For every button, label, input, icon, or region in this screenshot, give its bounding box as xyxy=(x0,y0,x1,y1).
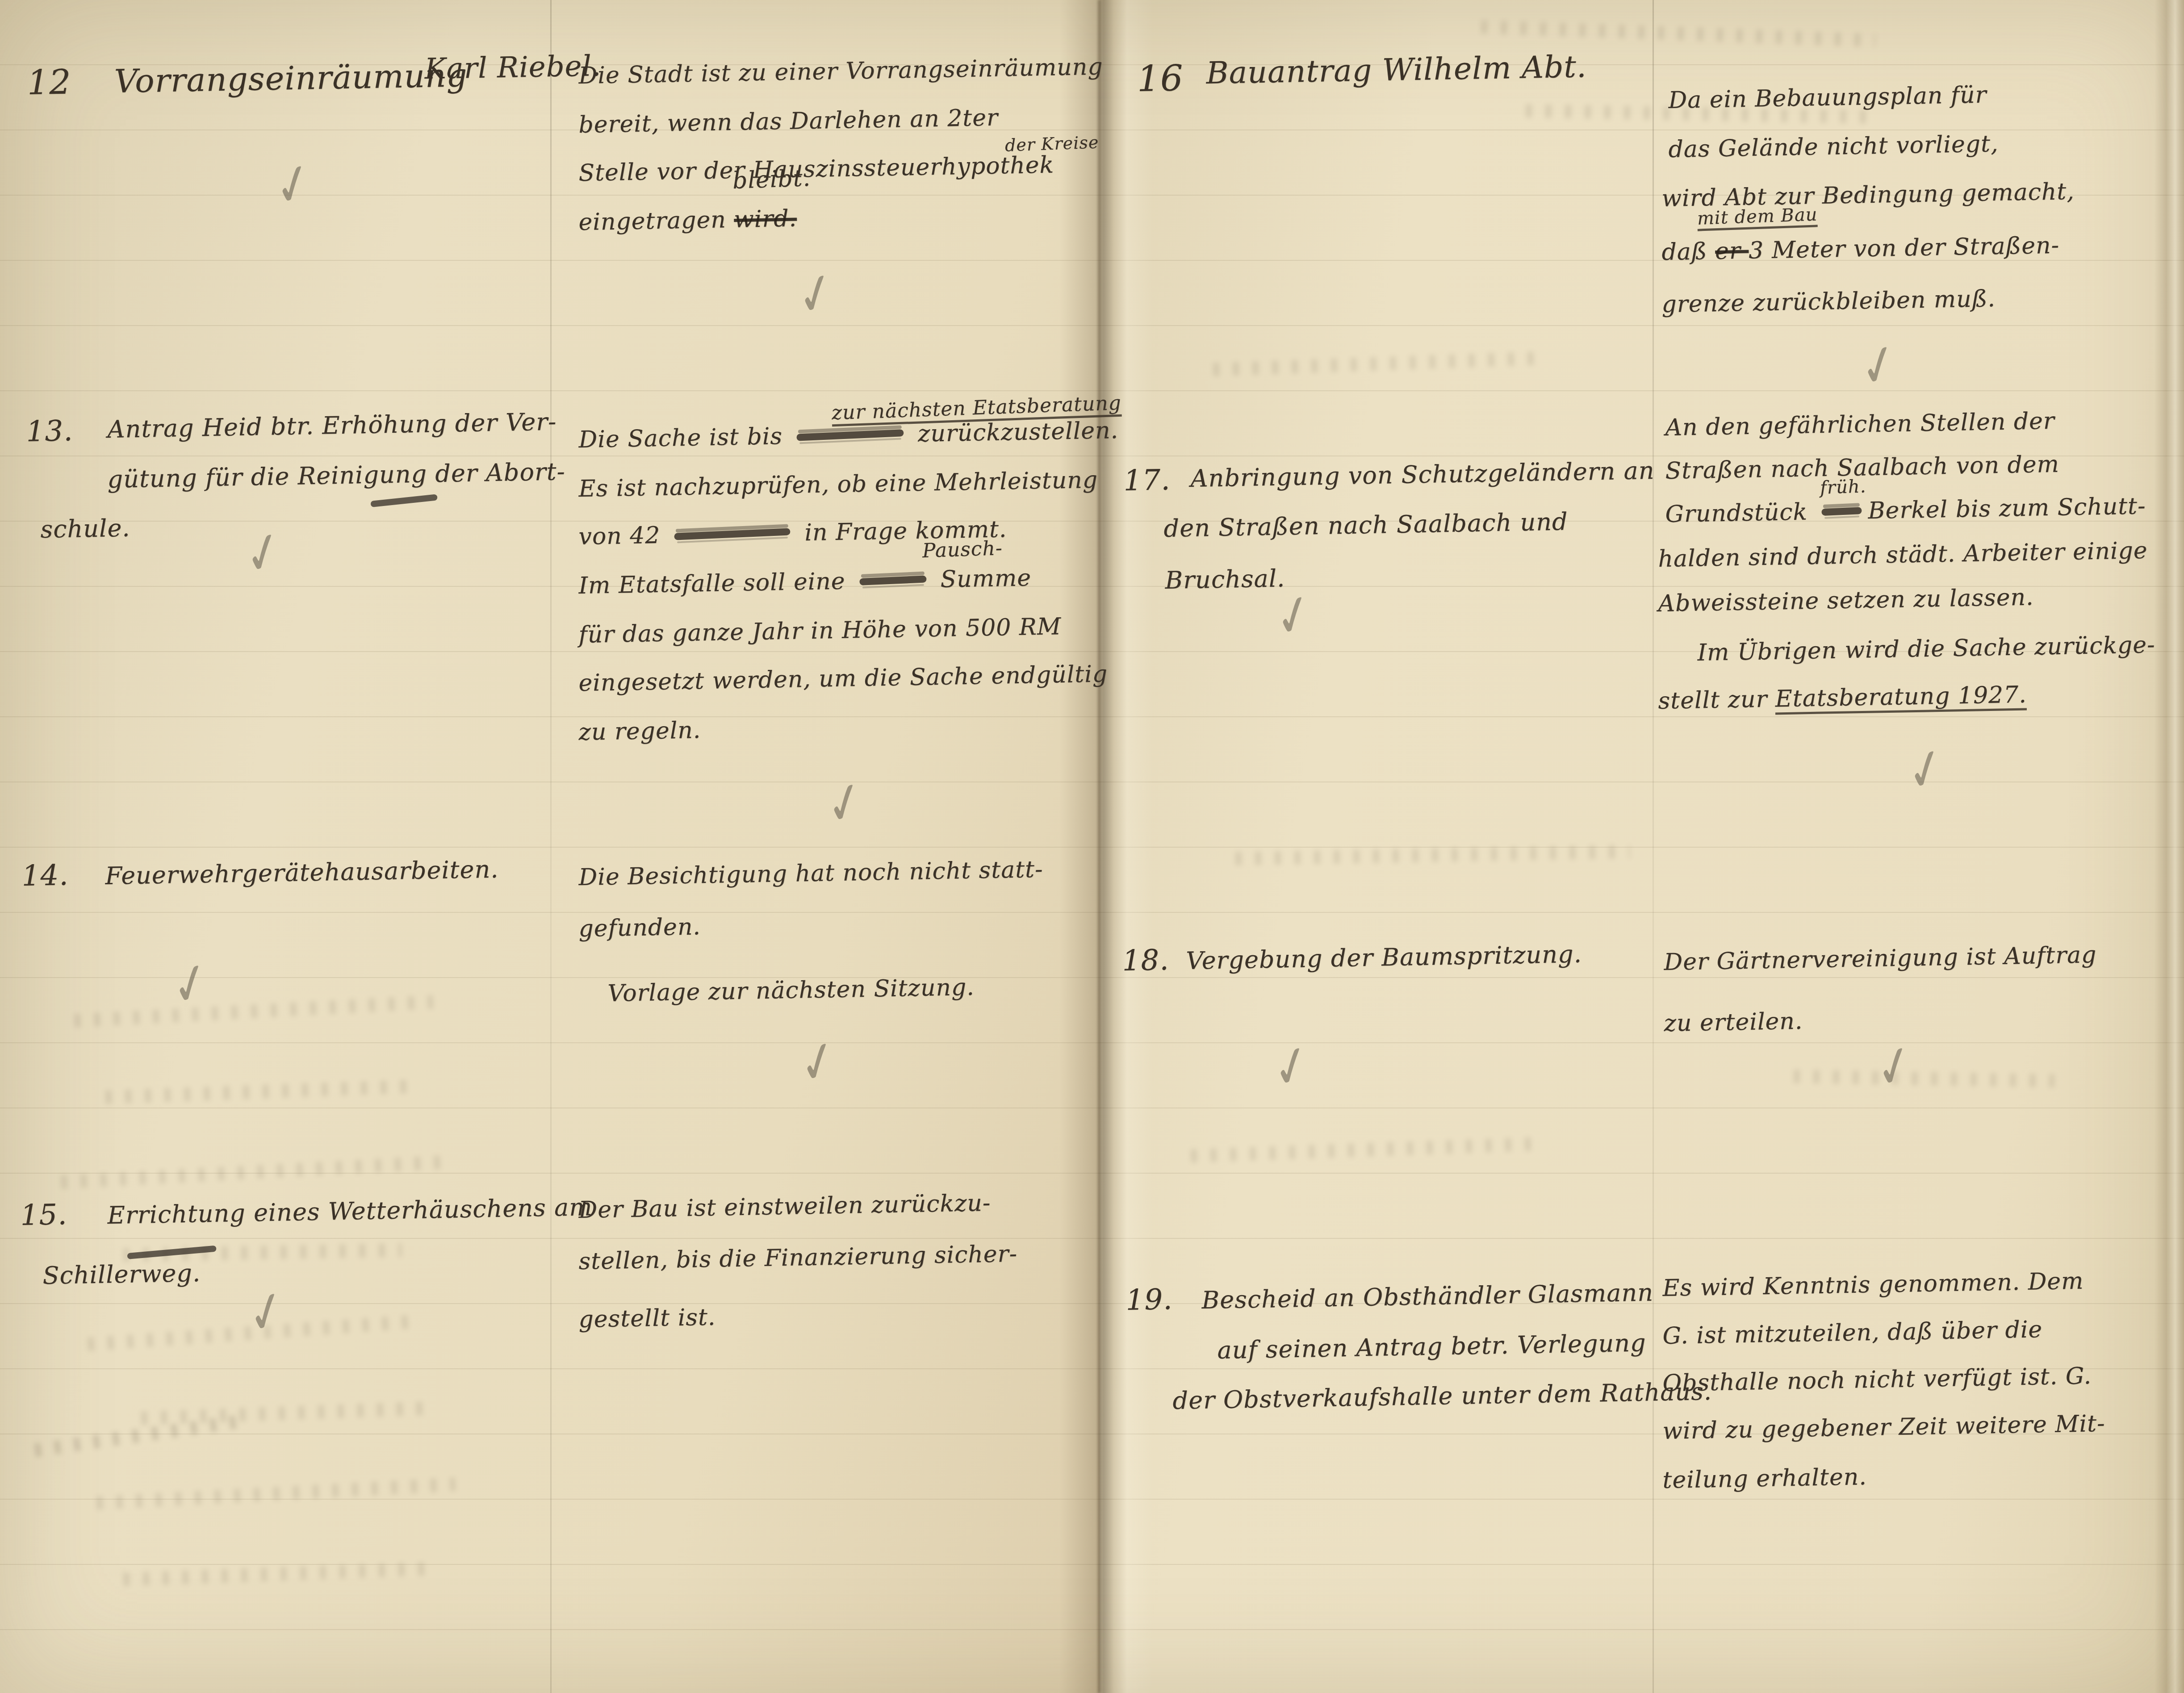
entry-13-resolution-text: Summe xyxy=(933,564,1032,593)
entry-16-struck-word: er xyxy=(1715,238,1749,265)
ruled-lines-left xyxy=(0,0,1100,1693)
entry-13-resolution-text: Die Sache ist bis xyxy=(578,423,791,453)
entry-14-number: 14. xyxy=(21,859,69,893)
entry-15-number: 15. xyxy=(20,1198,67,1232)
entry-15-subject-line: Schillerweg. xyxy=(42,1259,201,1290)
entry-12-subject: Vorrangseinräumung xyxy=(114,56,468,100)
left-page xyxy=(0,0,1100,1693)
scanned-minutes-spread: { "marks": { "check": "✓" }, "ink": { "c… xyxy=(0,0,2184,1693)
entry-17-resolution-text: Grundstück xyxy=(1665,498,1816,528)
struck-illegible-word xyxy=(859,575,927,585)
gutter-fold xyxy=(1059,0,1153,1693)
entry-17-number: 17. xyxy=(1123,464,1171,497)
struck-illegible-word xyxy=(674,528,791,540)
struck-illegible-word xyxy=(796,429,904,441)
entry-12-struck-word: wird. xyxy=(734,205,797,233)
entry-19-resolution-line: teilung erhalten. xyxy=(1662,1463,1867,1494)
entry-16-subject: Bauantrag Wilhelm Abt. xyxy=(1206,49,1587,91)
entry-12-insertion-bleibt: bleibt. xyxy=(732,165,811,194)
entry-12-resolution-line: eingetragen wird. xyxy=(578,205,797,236)
entry-15-resolution-line: gestellt ist. xyxy=(578,1304,716,1333)
entry-12-resolution-text: eingetragen xyxy=(578,206,734,236)
entry-17-underlined-etatsberatung: Etatsberatung 1927. xyxy=(1775,681,2027,715)
entry-19-number: 19. xyxy=(1125,1283,1173,1317)
column-divider-left-page xyxy=(550,0,552,1693)
entry-16-resolution-line: Da ein Bebauungsplan für xyxy=(1668,82,1987,114)
entry-17-insertion-frueh: früh. xyxy=(1820,476,1866,498)
entry-14-resolution-line: gefunden. xyxy=(578,913,701,942)
entry-12-petitioner-name: Karl Riebel. xyxy=(424,50,602,86)
entry-18-resolution-line: zu erteilen. xyxy=(1664,1008,1803,1037)
entry-13-resolution-text: von 42 xyxy=(578,522,668,550)
entry-12-number: 12 xyxy=(27,62,71,102)
entry-13-subject-line: schule. xyxy=(40,514,130,543)
entry-17-resolution-text: stellt zur xyxy=(1658,686,1775,715)
entry-18-number: 18. xyxy=(1122,944,1169,978)
entry-17-subject-line: Bruchsal. xyxy=(1165,564,1285,594)
page-edge-right xyxy=(2155,0,2184,1693)
entry-13-resolution-text: Im Etatsfalle soll eine xyxy=(578,568,854,599)
entry-16-number: 16 xyxy=(1137,57,1184,100)
entry-13-number: 13. xyxy=(26,414,73,448)
struck-illegible-word xyxy=(1821,507,1862,516)
entry-16-resolution-text: daß xyxy=(1661,238,1715,266)
column-divider-right-page xyxy=(1653,0,1654,1693)
entry-12-insertion-der-kreise: der Kreise xyxy=(1004,132,1099,155)
entry-16-resolution-text: 3 Meter von der Straßen- xyxy=(1749,232,2060,264)
entry-17-resolution-text: Berkel bis zum Schutt- xyxy=(1868,493,2146,524)
entry-13-resolution-text: zurückzustellen. xyxy=(910,417,1119,447)
gutter-crease xyxy=(1098,0,1101,1693)
entry-13-insertion-pausch: Pausch- xyxy=(922,537,1003,562)
entry-13-resolution-line: zu regeln. xyxy=(578,717,701,746)
entry-16-insertion-mit-dem-bau: mit dem Bau xyxy=(1697,204,1818,231)
